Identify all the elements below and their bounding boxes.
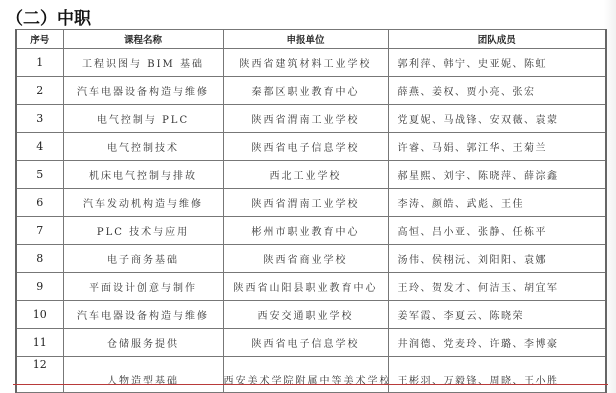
header-unit: 申报单位 [223, 30, 388, 49]
header-course: 课程名称 [63, 30, 223, 49]
table-row: 9 平面设计创意与制作 陕西省山阳县职业教育中心 王玲、贺发才、何洁玉、胡宜军 [16, 273, 606, 301]
row-no: 3 [16, 105, 63, 133]
row-unit: 陕西省渭南工业学校 [223, 105, 388, 133]
row-unit: 陕西省电子信息学校 [223, 133, 388, 161]
table-row: 10 汽车电器设备构造与维修 西安交通职业学校 姜军霞、李夏云、陈晓荣 [16, 301, 606, 329]
row-unit: 陕西省渭南工业学校 [223, 189, 388, 217]
row-course: 汽车电器设备构造与维修 [63, 77, 223, 105]
table-row: 12 人物造型基础 西安美术学院附属中等美术学校 王彬羽、万毅锋、周晓、王小胜 [16, 357, 606, 393]
row-unit: 西安美术学院附属中等美术学校 [223, 357, 388, 393]
row-course: 电气控制与 PLC [63, 105, 223, 133]
table-row: 5 机床电气控制与排故 西北工业学校 郝星熙、刘宇、陈晓萍、薛淙鑫 [16, 161, 606, 189]
header-members: 团队成员 [388, 30, 606, 49]
row-course: 汽车发动机构造与维修 [63, 189, 223, 217]
table-row: 1 工程识图与 BIM 基础 陕西省建筑材料工业学校 郭利萍、韩宁、史亚妮、陈虹 [16, 49, 606, 77]
row-no: 10 [16, 301, 63, 329]
row-members: 许睿、马娟、郭江华、王菊兰 [388, 133, 606, 161]
row-unit: 陕西省商业学校 [223, 245, 388, 273]
row-no: 8 [16, 245, 63, 273]
row-course: 人物造型基础 [63, 357, 223, 393]
row-unit: 陕西省建筑材料工业学校 [223, 49, 388, 77]
row-unit: 陕西省电子信息学校 [223, 329, 388, 357]
page-break-rule [13, 384, 608, 385]
row-members: 薛燕、姜权、贾小亮、张宏 [388, 77, 606, 105]
table-row: 2 汽车电器设备构造与维修 秦都区职业教育中心 薛燕、姜权、贾小亮、张宏 [16, 77, 606, 105]
row-no: 7 [16, 217, 63, 245]
table-row: 11 仓储服务提供 陕西省电子信息学校 井润德、党麦玲、许璐、李博豪 [16, 329, 606, 357]
row-course: 汽车电器设备构造与维修 [63, 301, 223, 329]
row-course: 电气控制技术 [63, 133, 223, 161]
row-members: 汤伟、侯栩沅、刘阳阳、袁娜 [388, 245, 606, 273]
row-unit: 西北工业学校 [223, 161, 388, 189]
row-members: 郭利萍、韩宁、史亚妮、陈虹 [388, 49, 606, 77]
row-members: 党夏妮、马战锋、安双薇、袁蒙 [388, 105, 606, 133]
row-unit: 陕西省山阳县职业教育中心 [223, 273, 388, 301]
row-no: 1 [16, 49, 63, 77]
row-course: PLC 技术与应用 [63, 217, 223, 245]
course-table: 序号 课程名称 申报单位 团队成员 1 工程识图与 BIM 基础 陕西省建筑材料… [15, 29, 607, 393]
row-no: 9 [16, 273, 63, 301]
row-no: 4 [16, 133, 63, 161]
table-header-row: 序号 课程名称 申报单位 团队成员 [16, 30, 606, 49]
row-unit: 西安交通职业学校 [223, 301, 388, 329]
table-row: 4 电气控制技术 陕西省电子信息学校 许睿、马娟、郭江华、王菊兰 [16, 133, 606, 161]
row-course: 工程识图与 BIM 基础 [63, 49, 223, 77]
row-no: 12 [16, 357, 63, 393]
row-members: 高恒、吕小亚、张静、任栋平 [388, 217, 606, 245]
row-course: 机床电气控制与排故 [63, 161, 223, 189]
row-members: 郝星熙、刘宇、陈晓萍、薛淙鑫 [388, 161, 606, 189]
row-no: 5 [16, 161, 63, 189]
row-course: 电子商务基础 [63, 245, 223, 273]
header-no: 序号 [16, 30, 63, 49]
row-no: 6 [16, 189, 63, 217]
row-course: 仓储服务提供 [63, 329, 223, 357]
table-row: 6 汽车发动机构造与维修 陕西省渭南工业学校 李涛、颜皓、武彪、王佳 [16, 189, 606, 217]
table-row: 7 PLC 技术与应用 彬州市职业教育中心 高恒、吕小亚、张静、任栋平 [16, 217, 606, 245]
row-unit: 秦都区职业教育中心 [223, 77, 388, 105]
table-row: 8 电子商务基础 陕西省商业学校 汤伟、侯栩沅、刘阳阳、袁娜 [16, 245, 606, 273]
row-no: 2 [16, 77, 63, 105]
section-title: （二）中职 [6, 4, 91, 29]
row-unit: 彬州市职业教育中心 [223, 217, 388, 245]
row-course: 平面设计创意与制作 [63, 273, 223, 301]
row-members: 王玲、贺发才、何洁玉、胡宜军 [388, 273, 606, 301]
row-members: 井润德、党麦玲、许璐、李博豪 [388, 329, 606, 357]
table-row: 3 电气控制与 PLC 陕西省渭南工业学校 党夏妮、马战锋、安双薇、袁蒙 [16, 105, 606, 133]
row-members: 王彬羽、万毅锋、周晓、王小胜 [388, 357, 606, 393]
row-members: 李涛、颜皓、武彪、王佳 [388, 189, 606, 217]
row-no: 11 [16, 329, 63, 357]
row-members: 姜军霞、李夏云、陈晓荣 [388, 301, 606, 329]
